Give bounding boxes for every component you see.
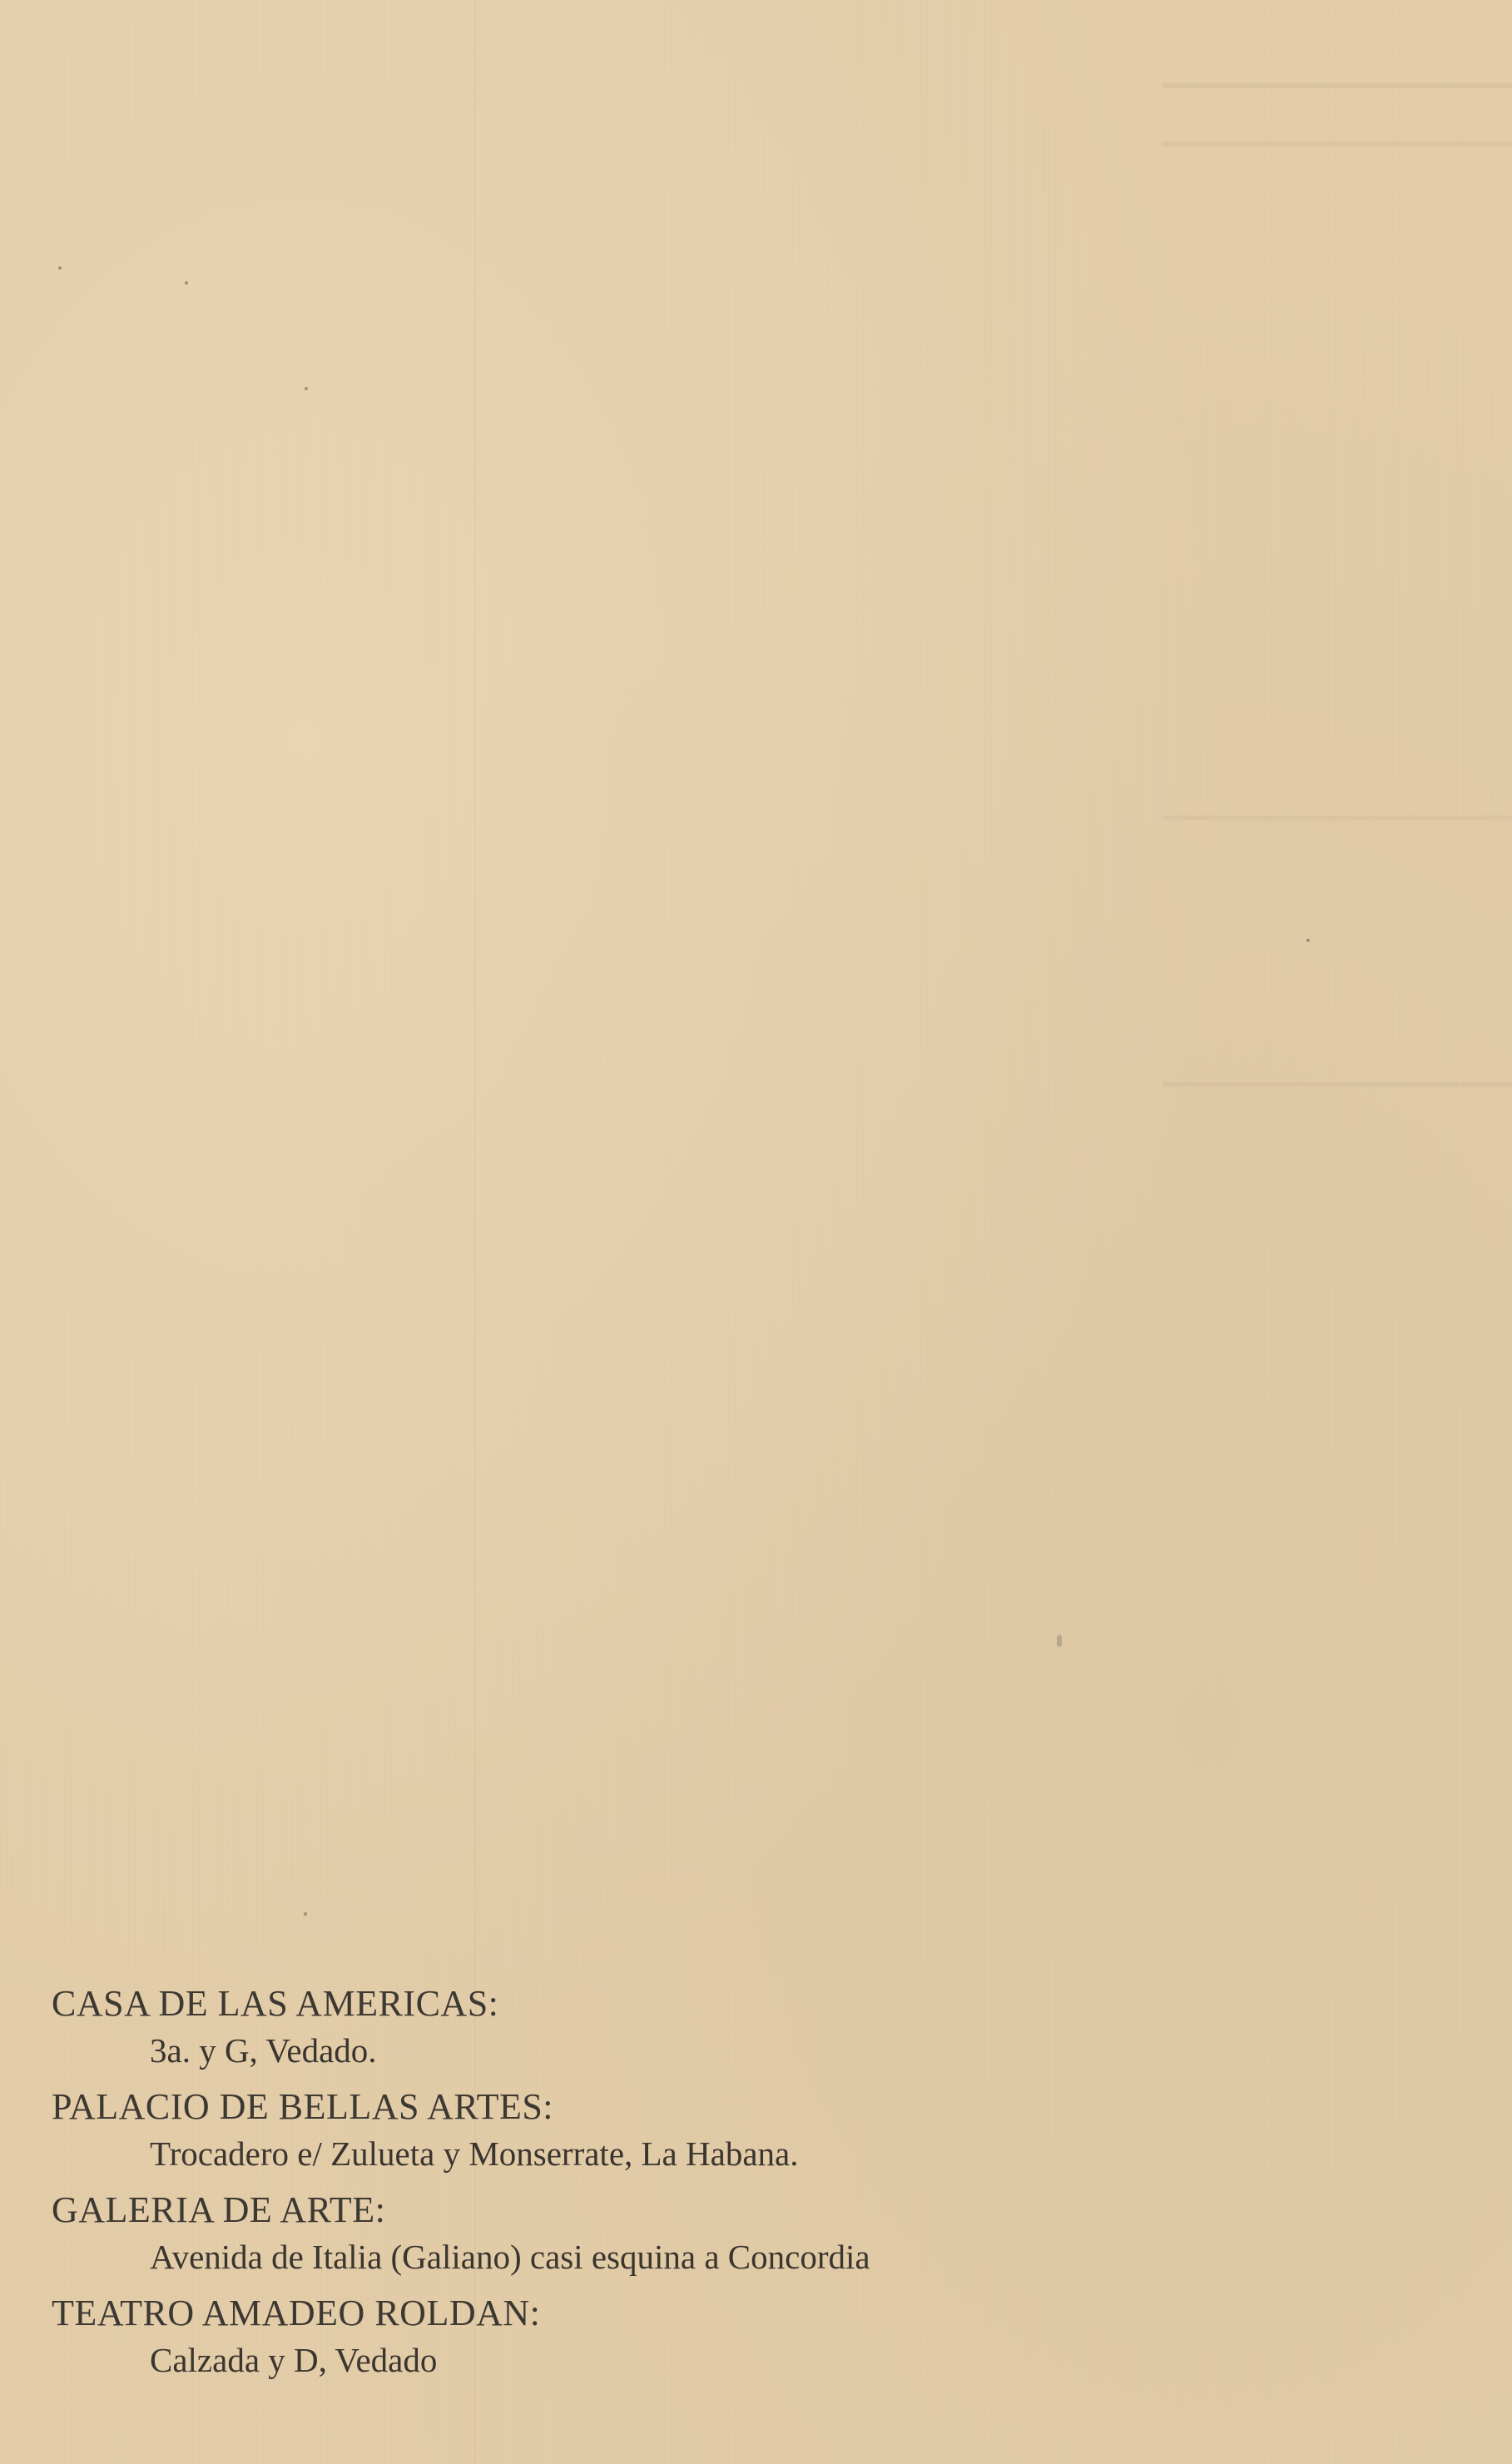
- paper-speck: [58, 266, 62, 270]
- venue-entry-casa-de-las-americas: CASA DE LAS AMERICAS: 3a. y G, Vedado.: [52, 1981, 1133, 2074]
- bleed-through-mark: [1163, 1082, 1512, 1087]
- paper-speck: [304, 1912, 307, 1916]
- bleed-through-mark: [1163, 141, 1512, 146]
- venue-entry-teatro-amadeo-roldan: TEATRO AMADEO ROLDAN: Calzada y D, Vedad…: [52, 2290, 1133, 2383]
- paper-speck: [1306, 939, 1310, 942]
- venue-list: CASA DE LAS AMERICAS: 3a. y G, Vedado. P…: [52, 1981, 1133, 2393]
- venue-entry-palacio-de-bellas-artes: PALACIO DE BELLAS ARTES: Trocadero e/ Zu…: [52, 2084, 1133, 2177]
- venue-address: 3a. y G, Vedado.: [52, 2027, 1133, 2074]
- venue-name: CASA DE LAS AMERICAS:: [52, 1981, 1133, 2027]
- venue-name: PALACIO DE BELLAS ARTES:: [52, 2084, 1133, 2130]
- bleed-through-mark: [1163, 816, 1512, 821]
- paper-speck: [305, 387, 308, 390]
- document-page: CASA DE LAS AMERICAS: 3a. y G, Vedado. P…: [0, 0, 1512, 2464]
- paper-smudge: [1057, 1635, 1062, 1647]
- paper-speck: [185, 281, 188, 285]
- venue-address: Calzada y D, Vedado: [52, 2337, 1133, 2383]
- venue-address: Avenida de Italia (Galiano) casi esquina…: [52, 2233, 1133, 2280]
- venue-address: Trocadero e/ Zulueta y Monserrate, La Ha…: [52, 2130, 1133, 2177]
- venue-entry-galeria-de-arte: GALERIA DE ARTE: Avenida de Italia (Gali…: [52, 2187, 1133, 2280]
- venue-name: GALERIA DE ARTE:: [52, 2187, 1133, 2233]
- bleed-through-mark: [1163, 83, 1512, 88]
- venue-name: TEATRO AMADEO ROLDAN:: [52, 2290, 1133, 2337]
